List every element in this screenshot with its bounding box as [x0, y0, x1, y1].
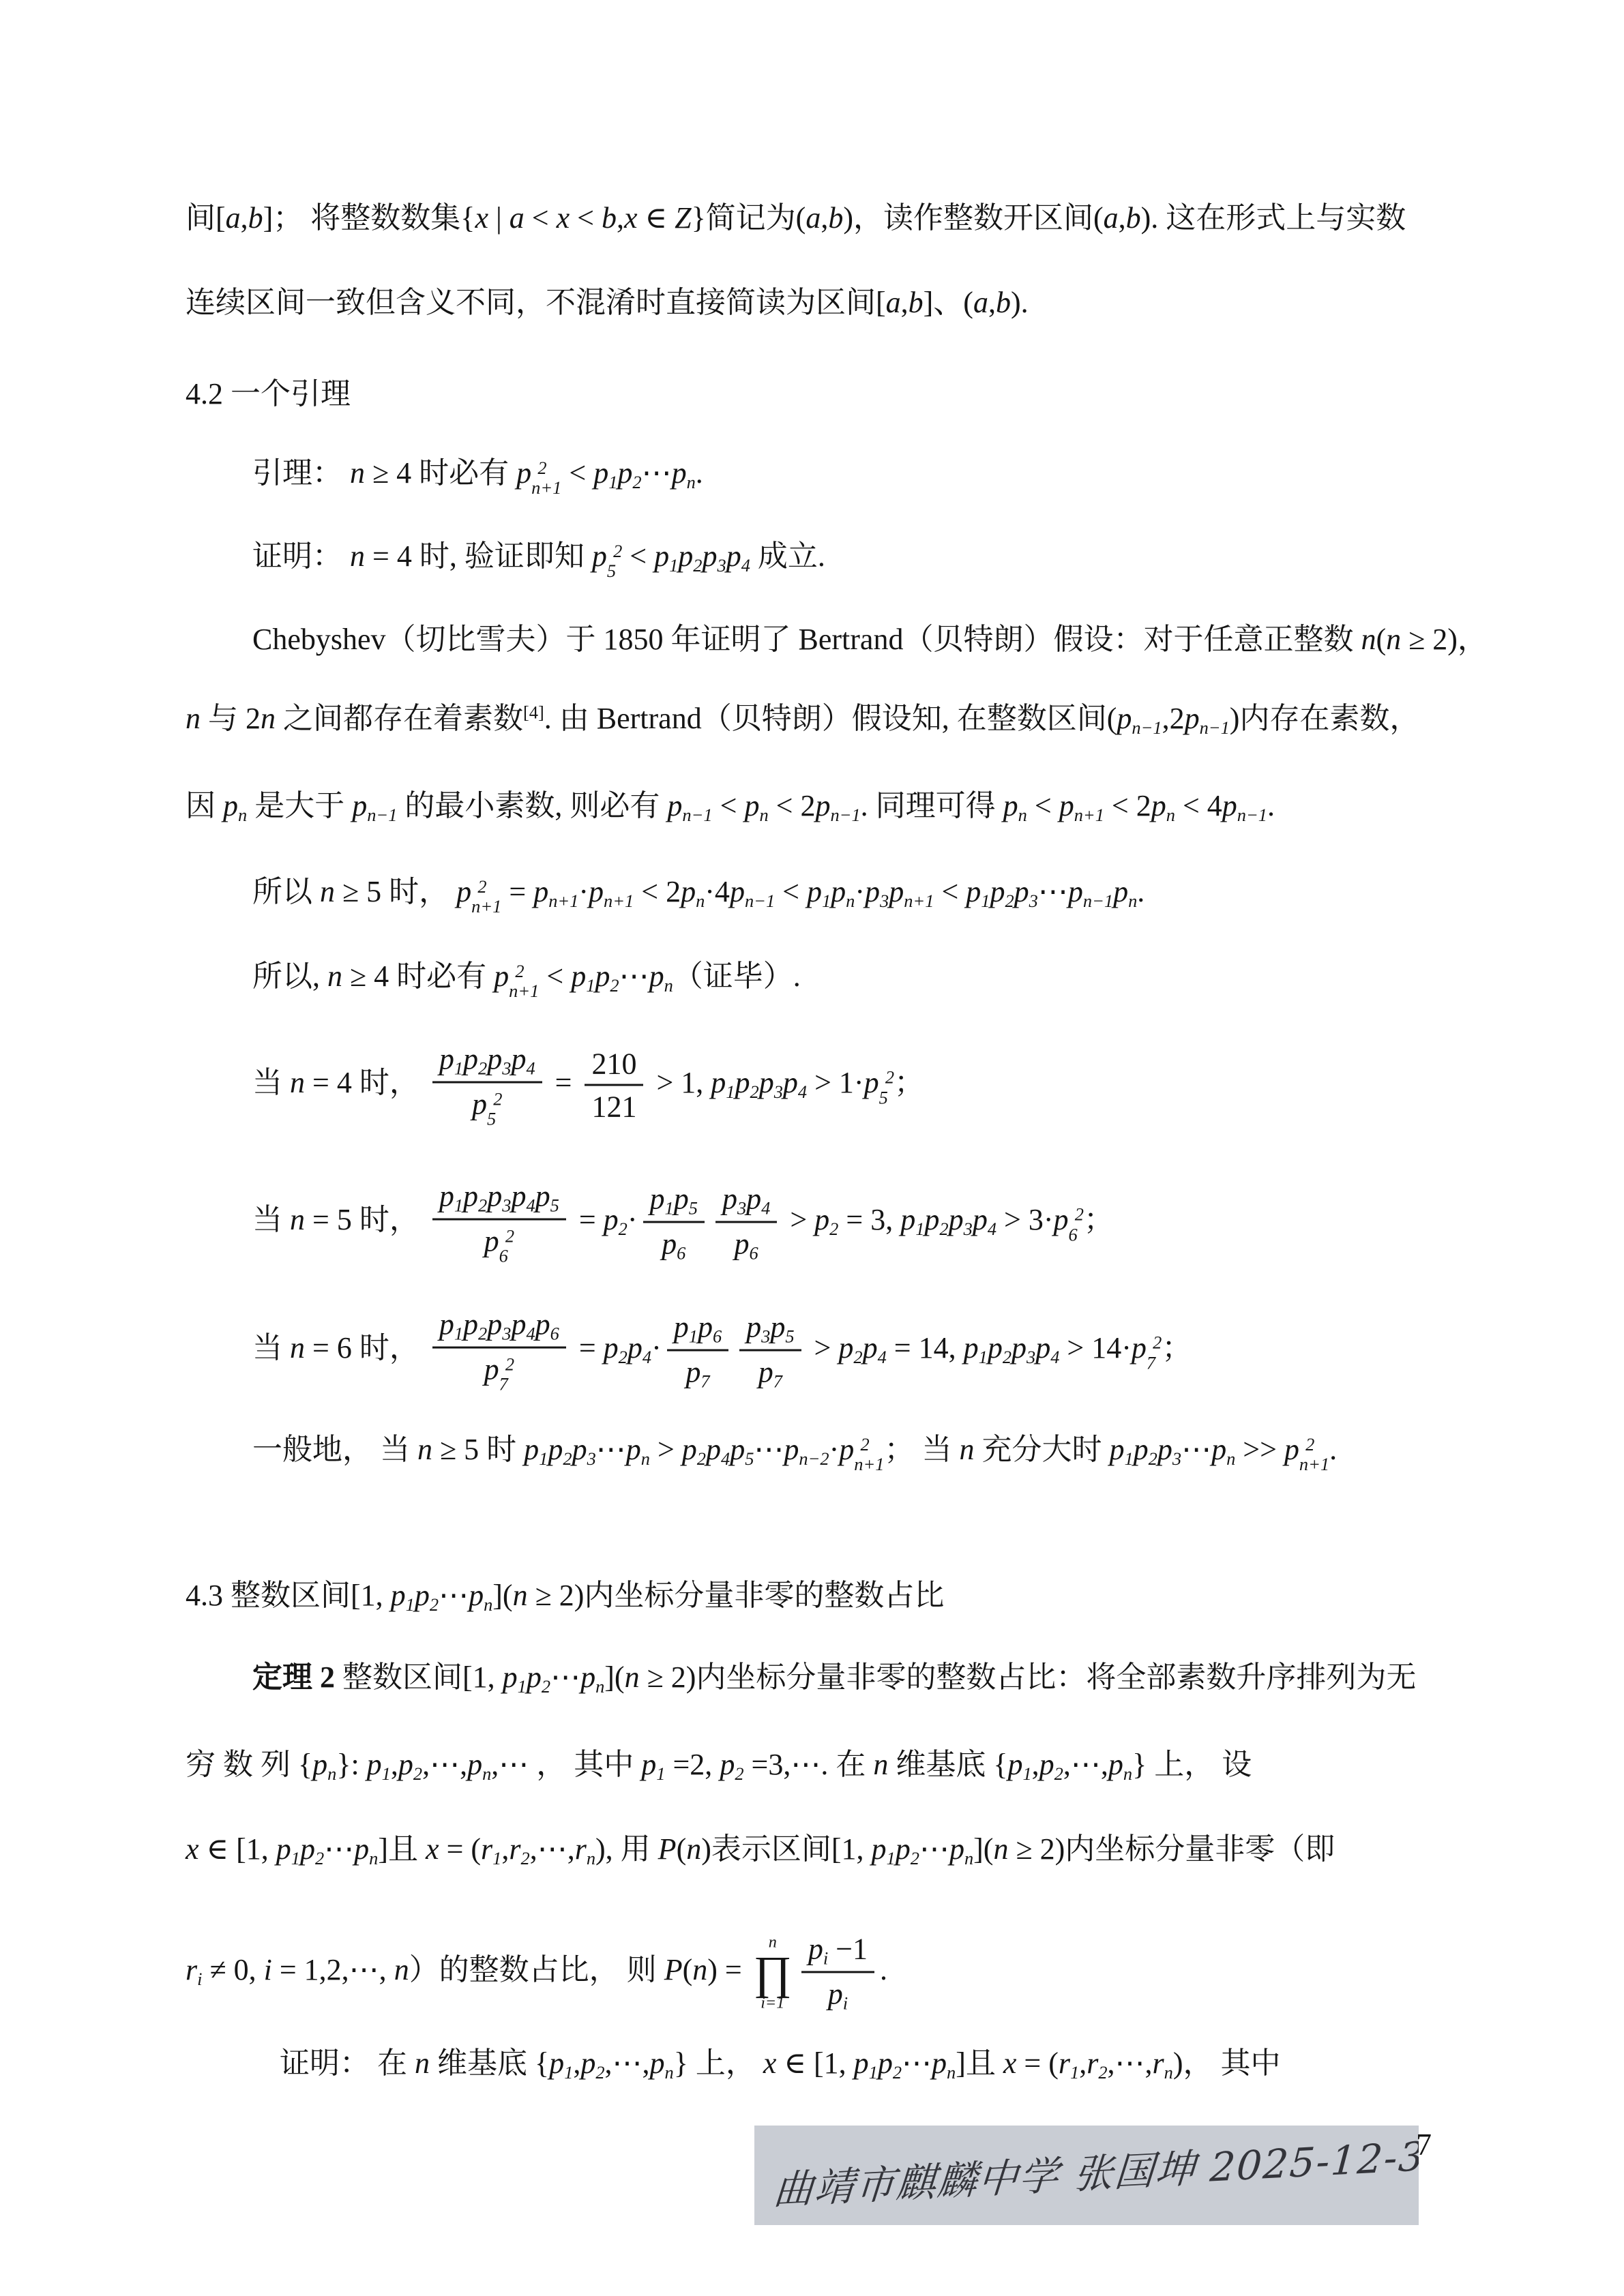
min-prime-line: 因 pn 是大于 pn−1 的最小素数, 则必有 pn−1 < pn < 2pn…: [186, 786, 1275, 828]
ratio-product-line: ri ≠ 0, i = 1,2,⋯, n）的整数占比， 则 P(n) = n∏i…: [186, 1931, 887, 2014]
lemma-proof-line: 证明： n = 4 时, 验证即知 p25 < p1p2p3p4 成立.: [252, 536, 825, 582]
section-4-2-heading: 4.2 一个引理: [186, 374, 351, 414]
prime-sequence-line: 穷 数 列 {pn}: p1,p2,⋯,pn,⋯ ， 其中 p1 =2, p2 …: [186, 1744, 1252, 1787]
n-ge-5-line: 所以 n ≥ 5 时， p2n+1 = pn+1·pn+1 < 2pn·4pn−…: [252, 871, 1145, 917]
case-n-5-line: 当 n = 5 时， p1p2p3p4p5p26 = p2·p1p5p6p3p4…: [252, 1179, 1114, 1267]
general-case-line: 一般地， 当 n ≥ 5 时 p1p2p3⋯pn > p2p4p5⋯pn−2·p…: [252, 1429, 1337, 1475]
page-number: 7: [1416, 2126, 1432, 2162]
proof-2-line: 证明： 在 n 维基底 {p1,p2,⋯,pn} 上， x ∈ [1, p1p2…: [280, 2043, 1281, 2085]
lemma-line: 引理： n ≥ 4 时必有 p2n+1 < p1p2⋯pn.: [252, 453, 703, 498]
x-definition-line: x ∈ [1, p1p2⋯pn]且 x = (r1,r2,⋯,rn), 用 P(…: [186, 1829, 1335, 1871]
document-page: 间[a,b]； 将整数数集{x | a < x < b,x ∈ Z}简记为(a,…: [0, 0, 1624, 2296]
signature-photo: 曲靖市麒麟中学 张国坤 2025-12-30: [754, 2126, 1419, 2225]
case-n-4-line: 当 n = 4 时， p1p2p3p4p25 = 210121 > 1, p1p…: [252, 1042, 924, 1130]
para-continuation-line-1: 间[a,b]； 将整数数集{x | a < x < b,x ∈ Z}简记为(a,…: [186, 198, 1406, 238]
signature-handwriting: 曲靖市麒麟中学 张国坤 2025-12-30: [772, 2126, 1419, 2216]
chebyshev-line: Chebyshev（切比雪夫）于 1850 年证明了 Bertrand（贝特朗）…: [252, 619, 1488, 659]
case-n-6-line: 当 n = 6 时， p1p2p3p4p6p27 = p2p4·p1p6p7p3…: [252, 1307, 1192, 1395]
theorem-2-line: 定理 2 整数区间[1, p1p2⋯pn](n ≥ 2)内坐标分量非零的整数占比…: [252, 1657, 1416, 1699]
section-4-3-heading: 4.3 整数区间[1, p1p2⋯pn](n ≥ 2)内坐标分量非零的整数占比: [186, 1575, 944, 1617]
para-continuation-line-2: 连续区间一致但含义不同，不混淆时直接简读为区间[a,b]、(a,b).: [186, 282, 1029, 323]
bertrand-line: n 与 2n 之间都存在着素数[4]. 由 Bertrand（贝特朗）假设知, …: [186, 698, 1419, 741]
n-ge-4-conclusion-line: 所以, n ≥ 4 时必有 p2n+1 < p1p2⋯pn（证毕）.: [252, 956, 801, 1002]
